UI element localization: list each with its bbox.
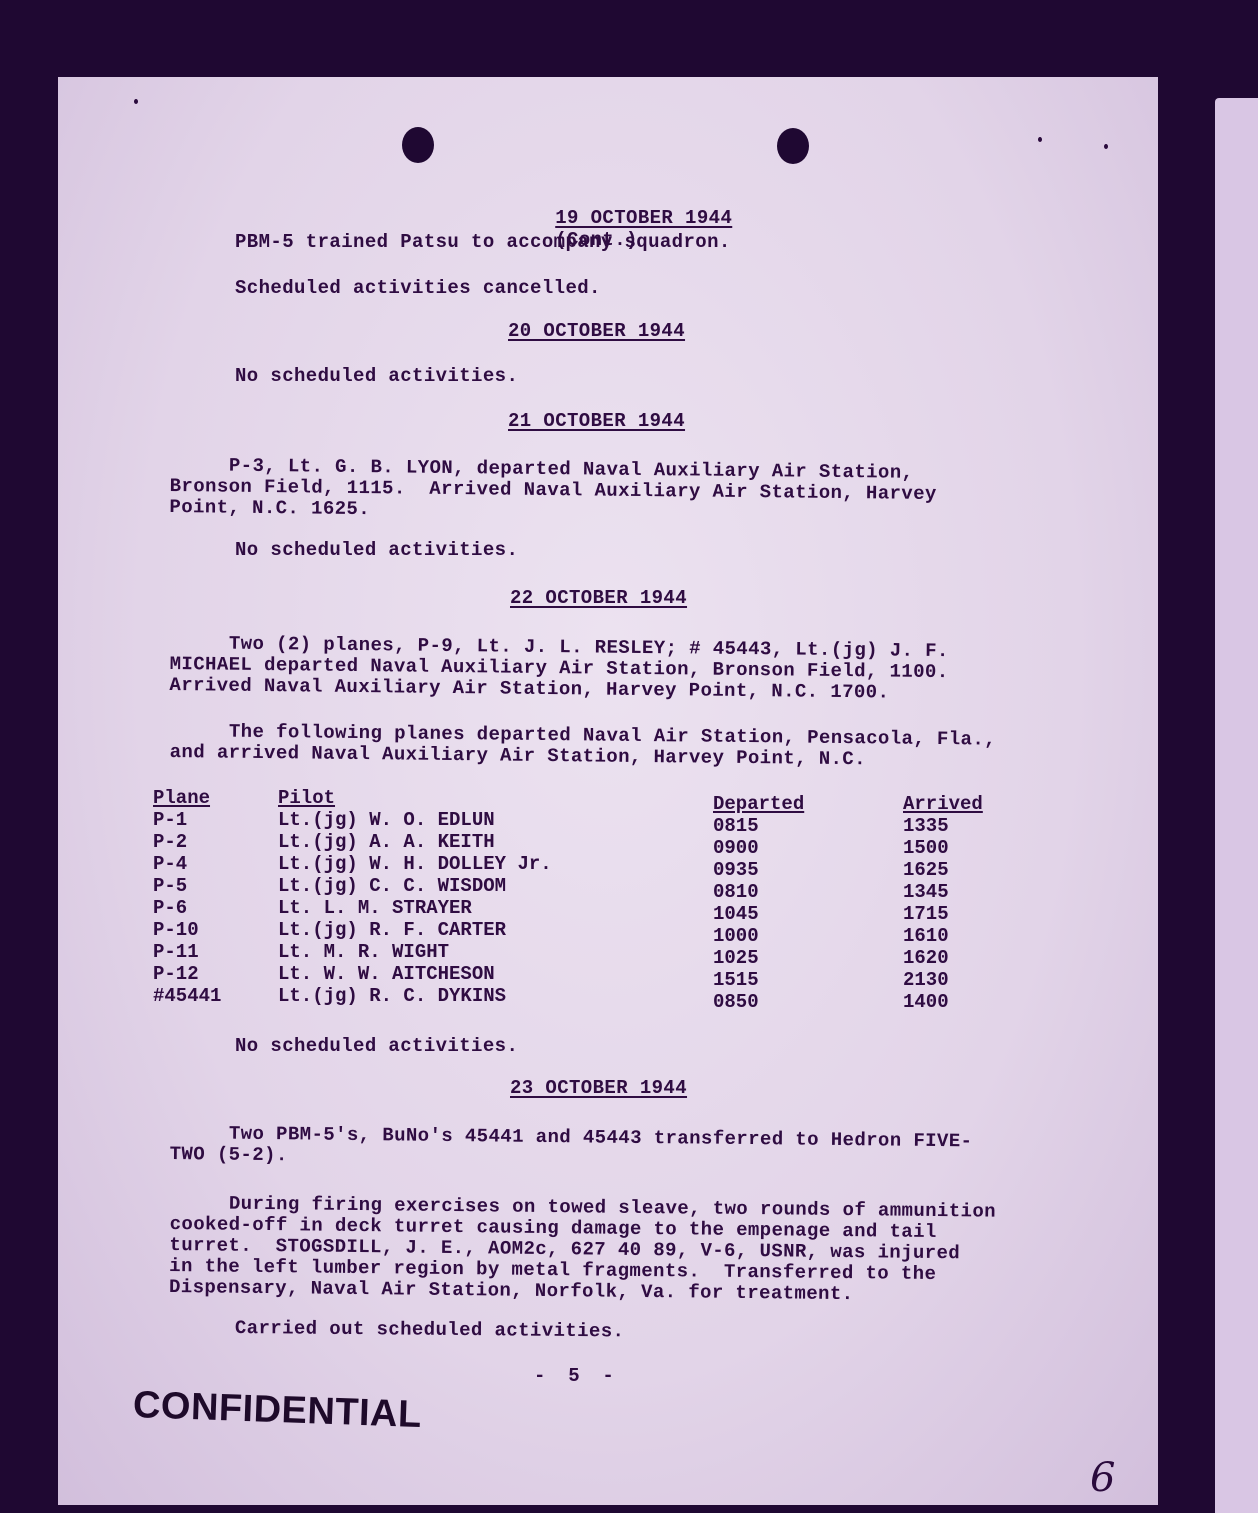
entry-19-oct-1: PBM-5 trained Patsu to accompany squadro… — [235, 231, 731, 253]
speck — [1038, 137, 1042, 142]
table-cell-arrived: 1400 — [903, 991, 983, 1013]
table-cell-departed: 0810 — [713, 881, 804, 903]
table-cell-plane: P-4 — [153, 853, 221, 875]
table-cell-plane: #45441 — [153, 985, 221, 1007]
table-cell-departed: 0935 — [713, 859, 804, 881]
table-cell-plane: P-10 — [153, 919, 221, 941]
punch-hole — [402, 127, 434, 163]
table-cell-pilot: Lt. L. M. STRAYER — [278, 897, 552, 919]
date-heading-23-oct: 23 OCTOBER 1944 — [510, 1077, 687, 1099]
table-cell-plane: P-11 — [153, 941, 221, 963]
confidential-stamp: CONFIDENTIAL — [132, 1384, 422, 1437]
speck — [1104, 144, 1108, 149]
date-heading-20-oct: 20 OCTOBER 1944 — [508, 320, 685, 342]
table-cell-plane: P-1 — [153, 809, 221, 831]
column-departed: Departed 0815090009350810104510001025151… — [713, 793, 804, 1013]
entry-22-oct-2: The following planes departed Naval Air … — [170, 721, 997, 772]
table-cell-departed: 0900 — [713, 837, 804, 859]
table-cell-pilot: Lt. W. W. AITCHESON — [278, 963, 552, 985]
table-cell-pilot: Lt.(jg) W. H. DOLLEY Jr. — [278, 853, 552, 875]
table-cell-arrived: 1335 — [903, 815, 983, 837]
table-cell-departed: 1045 — [713, 903, 804, 925]
table-cell-plane: P-6 — [153, 897, 221, 919]
header-plane: Plane — [153, 787, 221, 809]
date-heading-text: 19 OCTOBER 1944 — [555, 207, 732, 229]
entry-21-oct-1: P-3, Lt. G. B. LYON, departed Naval Auxi… — [169, 455, 937, 526]
table-cell-pilot: Lt. M. R. WIGHT — [278, 941, 552, 963]
table-cell-pilot: Lt.(jg) W. O. EDLUN — [278, 809, 552, 831]
punch-hole — [777, 128, 809, 164]
table-cell-arrived: 2130 — [903, 969, 983, 991]
entry-22-oct-3: No scheduled activities. — [235, 1035, 518, 1057]
table-cell-plane: P-2 — [153, 831, 221, 853]
header-departed: Departed — [713, 793, 804, 815]
table-cell-arrived: 1715 — [903, 903, 983, 925]
date-heading-21-oct: 21 OCTOBER 1944 — [508, 410, 685, 432]
entry-20-oct-1: No scheduled activities. — [235, 365, 518, 387]
date-heading-22-oct: 22 OCTOBER 1944 — [510, 587, 687, 609]
table-cell-arrived: 1500 — [903, 837, 983, 859]
entry-19-oct-2: Scheduled activities cancelled. — [235, 277, 601, 299]
entry-23-oct-1: Two PBM-5's, BuNo's 45441 and 45443 tran… — [170, 1123, 973, 1173]
table-cell-departed: 1515 — [713, 969, 804, 991]
handwritten-page-mark: 6 — [1090, 1455, 1115, 1501]
table-cell-pilot: Lt.(jg) R. F. CARTER — [278, 919, 552, 941]
table-cell-pilot: Lt.(jg) C. C. WISDOM — [278, 875, 552, 897]
table-cell-departed: 0850 — [713, 991, 804, 1013]
header-arrived: Arrived — [903, 793, 983, 815]
table-cell-departed: 1025 — [713, 947, 804, 969]
adjacent-film-frame — [1215, 98, 1258, 1513]
page-number: - 5 - — [534, 1365, 614, 1387]
speck — [134, 99, 138, 104]
entry-22-oct-1: Two (2) planes, P-9, Lt. J. L. RESLEY; #… — [169, 633, 949, 704]
table-cell-departed: 1000 — [713, 925, 804, 947]
table-cell-plane: P-12 — [153, 963, 221, 985]
table-cell-arrived: 1610 — [903, 925, 983, 947]
table-cell-departed: 0815 — [713, 815, 804, 837]
date-heading-19-oct: 19 OCTOBER 1944 (Cont.) — [508, 185, 732, 273]
entry-23-oct-3: Carried out scheduled activities. — [235, 1317, 625, 1342]
table-cell-arrived: 1620 — [903, 947, 983, 969]
column-plane: Plane P-1P-2P-4P-5P-6P-10P-11P-12#45441 — [153, 787, 221, 1007]
document-page: 19 OCTOBER 1944 (Cont.) PBM-5 trained Pa… — [58, 77, 1158, 1505]
header-pilot: Pilot — [278, 787, 552, 809]
table-cell-arrived: 1625 — [903, 859, 983, 881]
entry-21-oct-2: No scheduled activities. — [235, 539, 518, 561]
column-pilot: Pilot Lt.(jg) W. O. EDLUNLt.(jg) A. A. K… — [278, 787, 552, 1007]
table-cell-arrived: 1345 — [903, 881, 983, 903]
table-cell-plane: P-5 — [153, 875, 221, 897]
entry-23-oct-2: During firing exercises on towed sleave,… — [169, 1193, 996, 1307]
column-arrived: Arrived 13351500162513451715161016202130… — [903, 793, 983, 1013]
table-cell-pilot: Lt.(jg) R. C. DYKINS — [278, 985, 552, 1007]
table-cell-pilot: Lt.(jg) A. A. KEITH — [278, 831, 552, 853]
